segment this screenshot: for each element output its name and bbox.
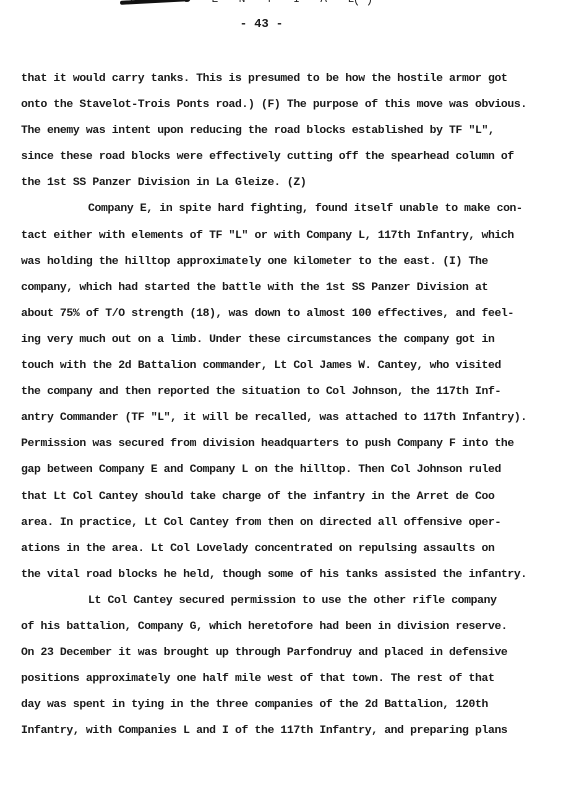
text-line: that it would carry tanks. This is presu… bbox=[21, 66, 561, 92]
text-line: Company E, in spite hard fighting, found… bbox=[21, 196, 561, 222]
text-line: The enemy was intent upon reducing the r… bbox=[21, 118, 561, 144]
text-line: touch with the 2d Battalion commander, L… bbox=[21, 353, 561, 379]
handwritten-mark-icon bbox=[355, 0, 371, 8]
text-line: gap between Company E and Company L on t… bbox=[21, 457, 561, 483]
text-line: Permission was secured from division hea… bbox=[21, 431, 561, 457]
text-line: Infantry, with Companies L and I of the … bbox=[21, 718, 561, 744]
document-body: that it would carry tanks. This is presu… bbox=[21, 66, 561, 744]
text-line: the company and then reported the situat… bbox=[21, 379, 561, 405]
text-line: area. In practice, Lt Col Cantey from th… bbox=[21, 510, 561, 536]
text-line: positions approximately one half mile we… bbox=[21, 666, 561, 692]
page-number: - 43 - bbox=[0, 17, 545, 31]
text-line: since these road blocks were effectively… bbox=[21, 144, 561, 170]
text-line: On 23 December it was brought up through… bbox=[21, 640, 561, 666]
text-line: Lt Col Cantey secured permission to use … bbox=[21, 588, 561, 614]
paragraph: Lt Col Cantey secured permission to use … bbox=[21, 588, 561, 745]
text-line: that Lt Col Cantey should take charge of… bbox=[21, 484, 561, 510]
text-line: ations in the area. Lt Col Lovelady conc… bbox=[21, 536, 561, 562]
text-line: day was spent in tying in the three comp… bbox=[21, 692, 561, 718]
paragraph: Company E, in spite hard fighting, found… bbox=[21, 196, 561, 587]
text-line: tact either with elements of TF "L" or w… bbox=[21, 223, 561, 249]
text-line: antry Commander (TF "L", it will be reca… bbox=[21, 405, 561, 431]
text-line: about 75% of T/O strength (18), was down… bbox=[21, 301, 561, 327]
text-line: was holding the hilltop approximately on… bbox=[21, 249, 561, 275]
text-line: ing very much out on a limb. Under these… bbox=[21, 327, 561, 353]
classification-header: C I D E N T I A L bbox=[130, 0, 330, 8]
text-line: onto the Stavelot-Trois Ponts road.) (F)… bbox=[21, 92, 561, 118]
text-line: the vital road blocks he held, though so… bbox=[21, 562, 561, 588]
text-line: the 1st SS Panzer Division in La Gleize.… bbox=[21, 170, 561, 196]
text-line: of his battalion, Company G, which heret… bbox=[21, 614, 561, 640]
paragraph: that it would carry tanks. This is presu… bbox=[21, 66, 561, 196]
text-line: company, which had started the battle wi… bbox=[21, 275, 561, 301]
